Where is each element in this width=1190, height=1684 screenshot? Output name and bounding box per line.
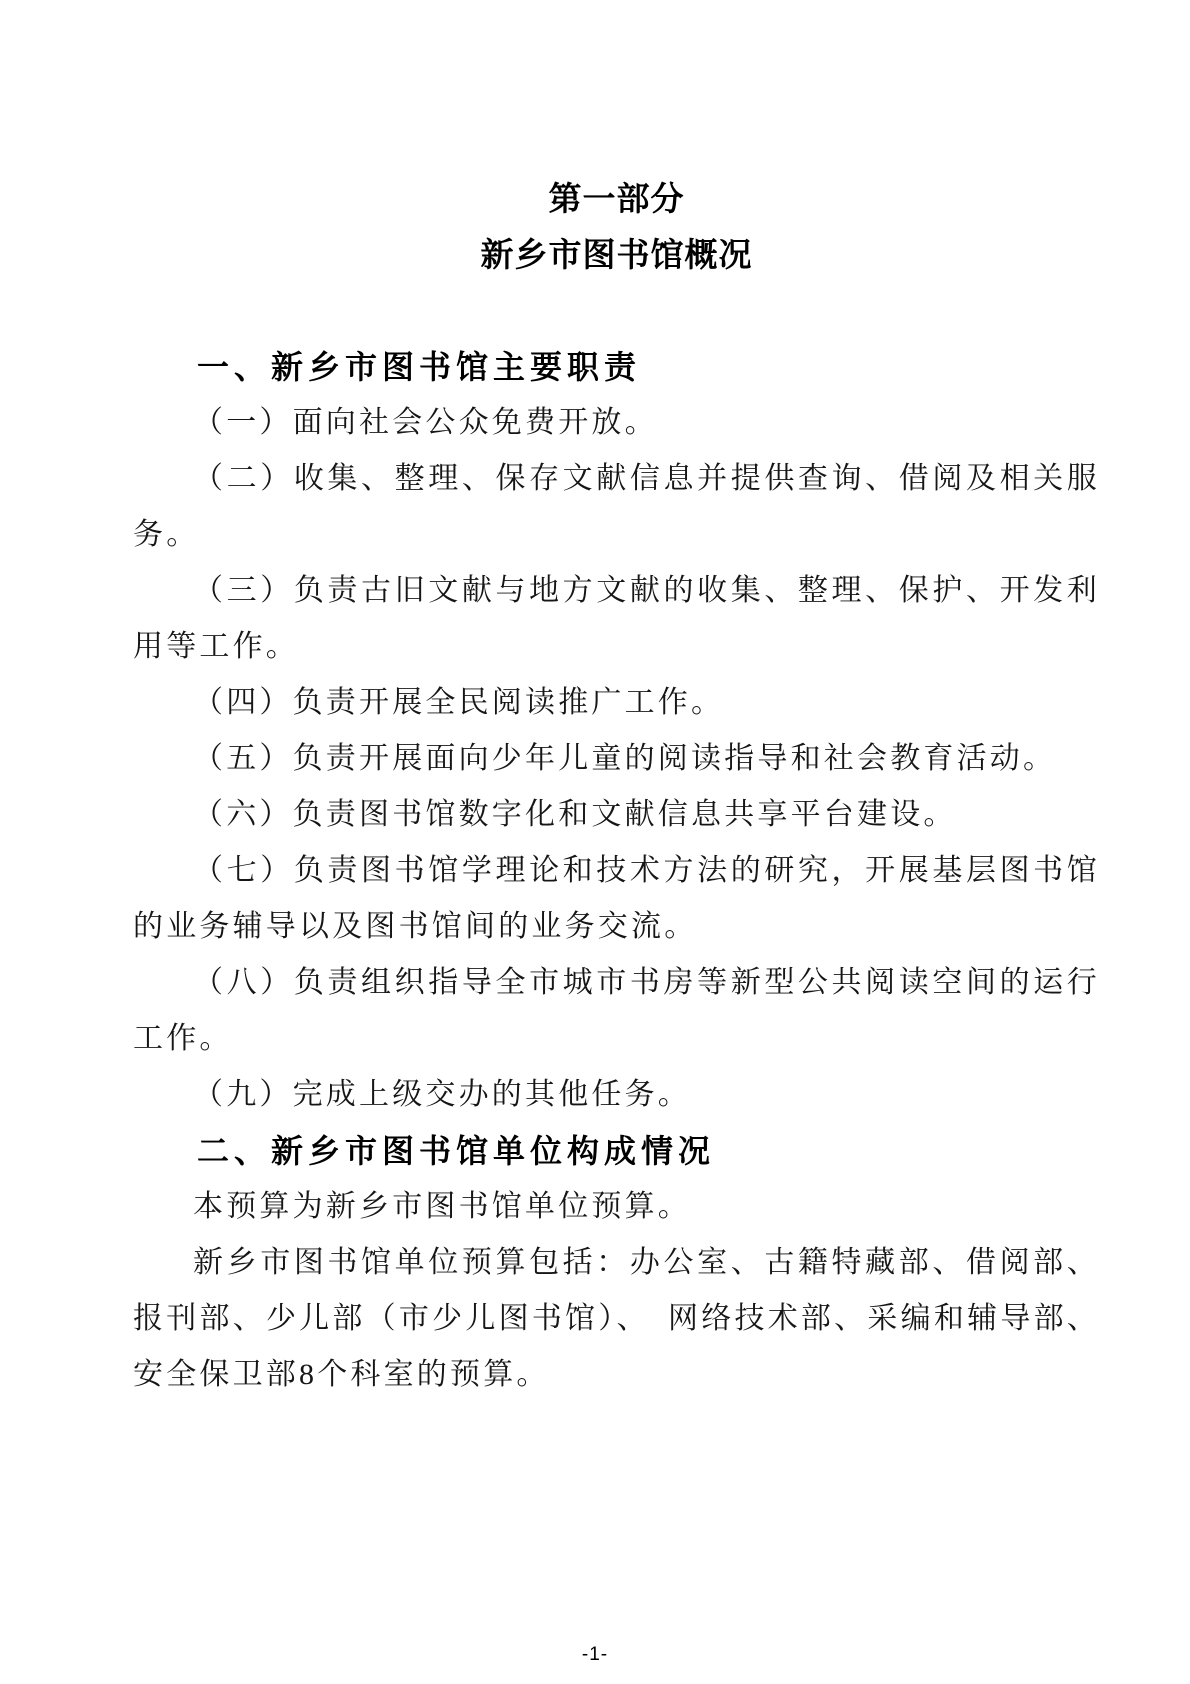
- section-1-paragraph-8: （八）负责组织指导全市城市书房等新型公共阅读空间的运行工作。: [133, 955, 1100, 1067]
- document-page: 第一部分 新乡市图书馆概况 一、新乡市图书馆主要职责 （一）面向社会公众免费开放…: [0, 0, 1190, 1684]
- section-1-paragraph-7: （七）负责图书馆学理论和技术方法的研究，开展基层图书馆的业务辅导以及图书馆间的业…: [133, 843, 1100, 955]
- section-1-paragraph-6: （六）负责图书馆数字化和文献信息共享平台建设。: [133, 787, 1100, 843]
- section-1-paragraph-1: （一）面向社会公众免费开放。: [133, 395, 1100, 451]
- section-2-paragraph-1: 本预算为新乡市图书馆单位预算。: [133, 1179, 1100, 1235]
- section-1-paragraph-9: （九）完成上级交办的其他任务。: [133, 1067, 1100, 1123]
- page-number: -1-: [0, 1644, 1190, 1666]
- section-2-paragraph-2: 新乡市图书馆单位预算包括：办公室、古籍特藏部、借阅部、报刊部、少儿部（市少儿图书…: [133, 1235, 1100, 1403]
- section-1-heading: 一、新乡市图书馆主要职责: [133, 339, 1100, 395]
- section-main-duties: 一、新乡市图书馆主要职责 （一）面向社会公众免费开放。 （二）收集、整理、保存文…: [133, 339, 1100, 1123]
- section-1-paragraph-5: （五）负责开展面向少年儿童的阅读指导和社会教育活动。: [133, 731, 1100, 787]
- document-body: 第一部分 新乡市图书馆概况 一、新乡市图书馆主要职责 （一）面向社会公众免费开放…: [133, 171, 1100, 1403]
- section-2-heading: 二、新乡市图书馆单位构成情况: [133, 1123, 1100, 1179]
- section-1-paragraph-3: （三）负责古旧文献与地方文献的收集、整理、保护、开发利用等工作。: [133, 563, 1100, 675]
- part-title: 第一部分: [133, 171, 1100, 227]
- blank-line: [133, 283, 1100, 339]
- section-unit-composition: 二、新乡市图书馆单位构成情况 本预算为新乡市图书馆单位预算。 新乡市图书馆单位预…: [133, 1123, 1100, 1403]
- doc-title: 新乡市图书馆概况: [133, 227, 1100, 283]
- section-1-paragraph-4: （四）负责开展全民阅读推广工作。: [133, 675, 1100, 731]
- section-1-paragraph-2: （二）收集、整理、保存文献信息并提供查询、借阅及相关服务。: [133, 451, 1100, 563]
